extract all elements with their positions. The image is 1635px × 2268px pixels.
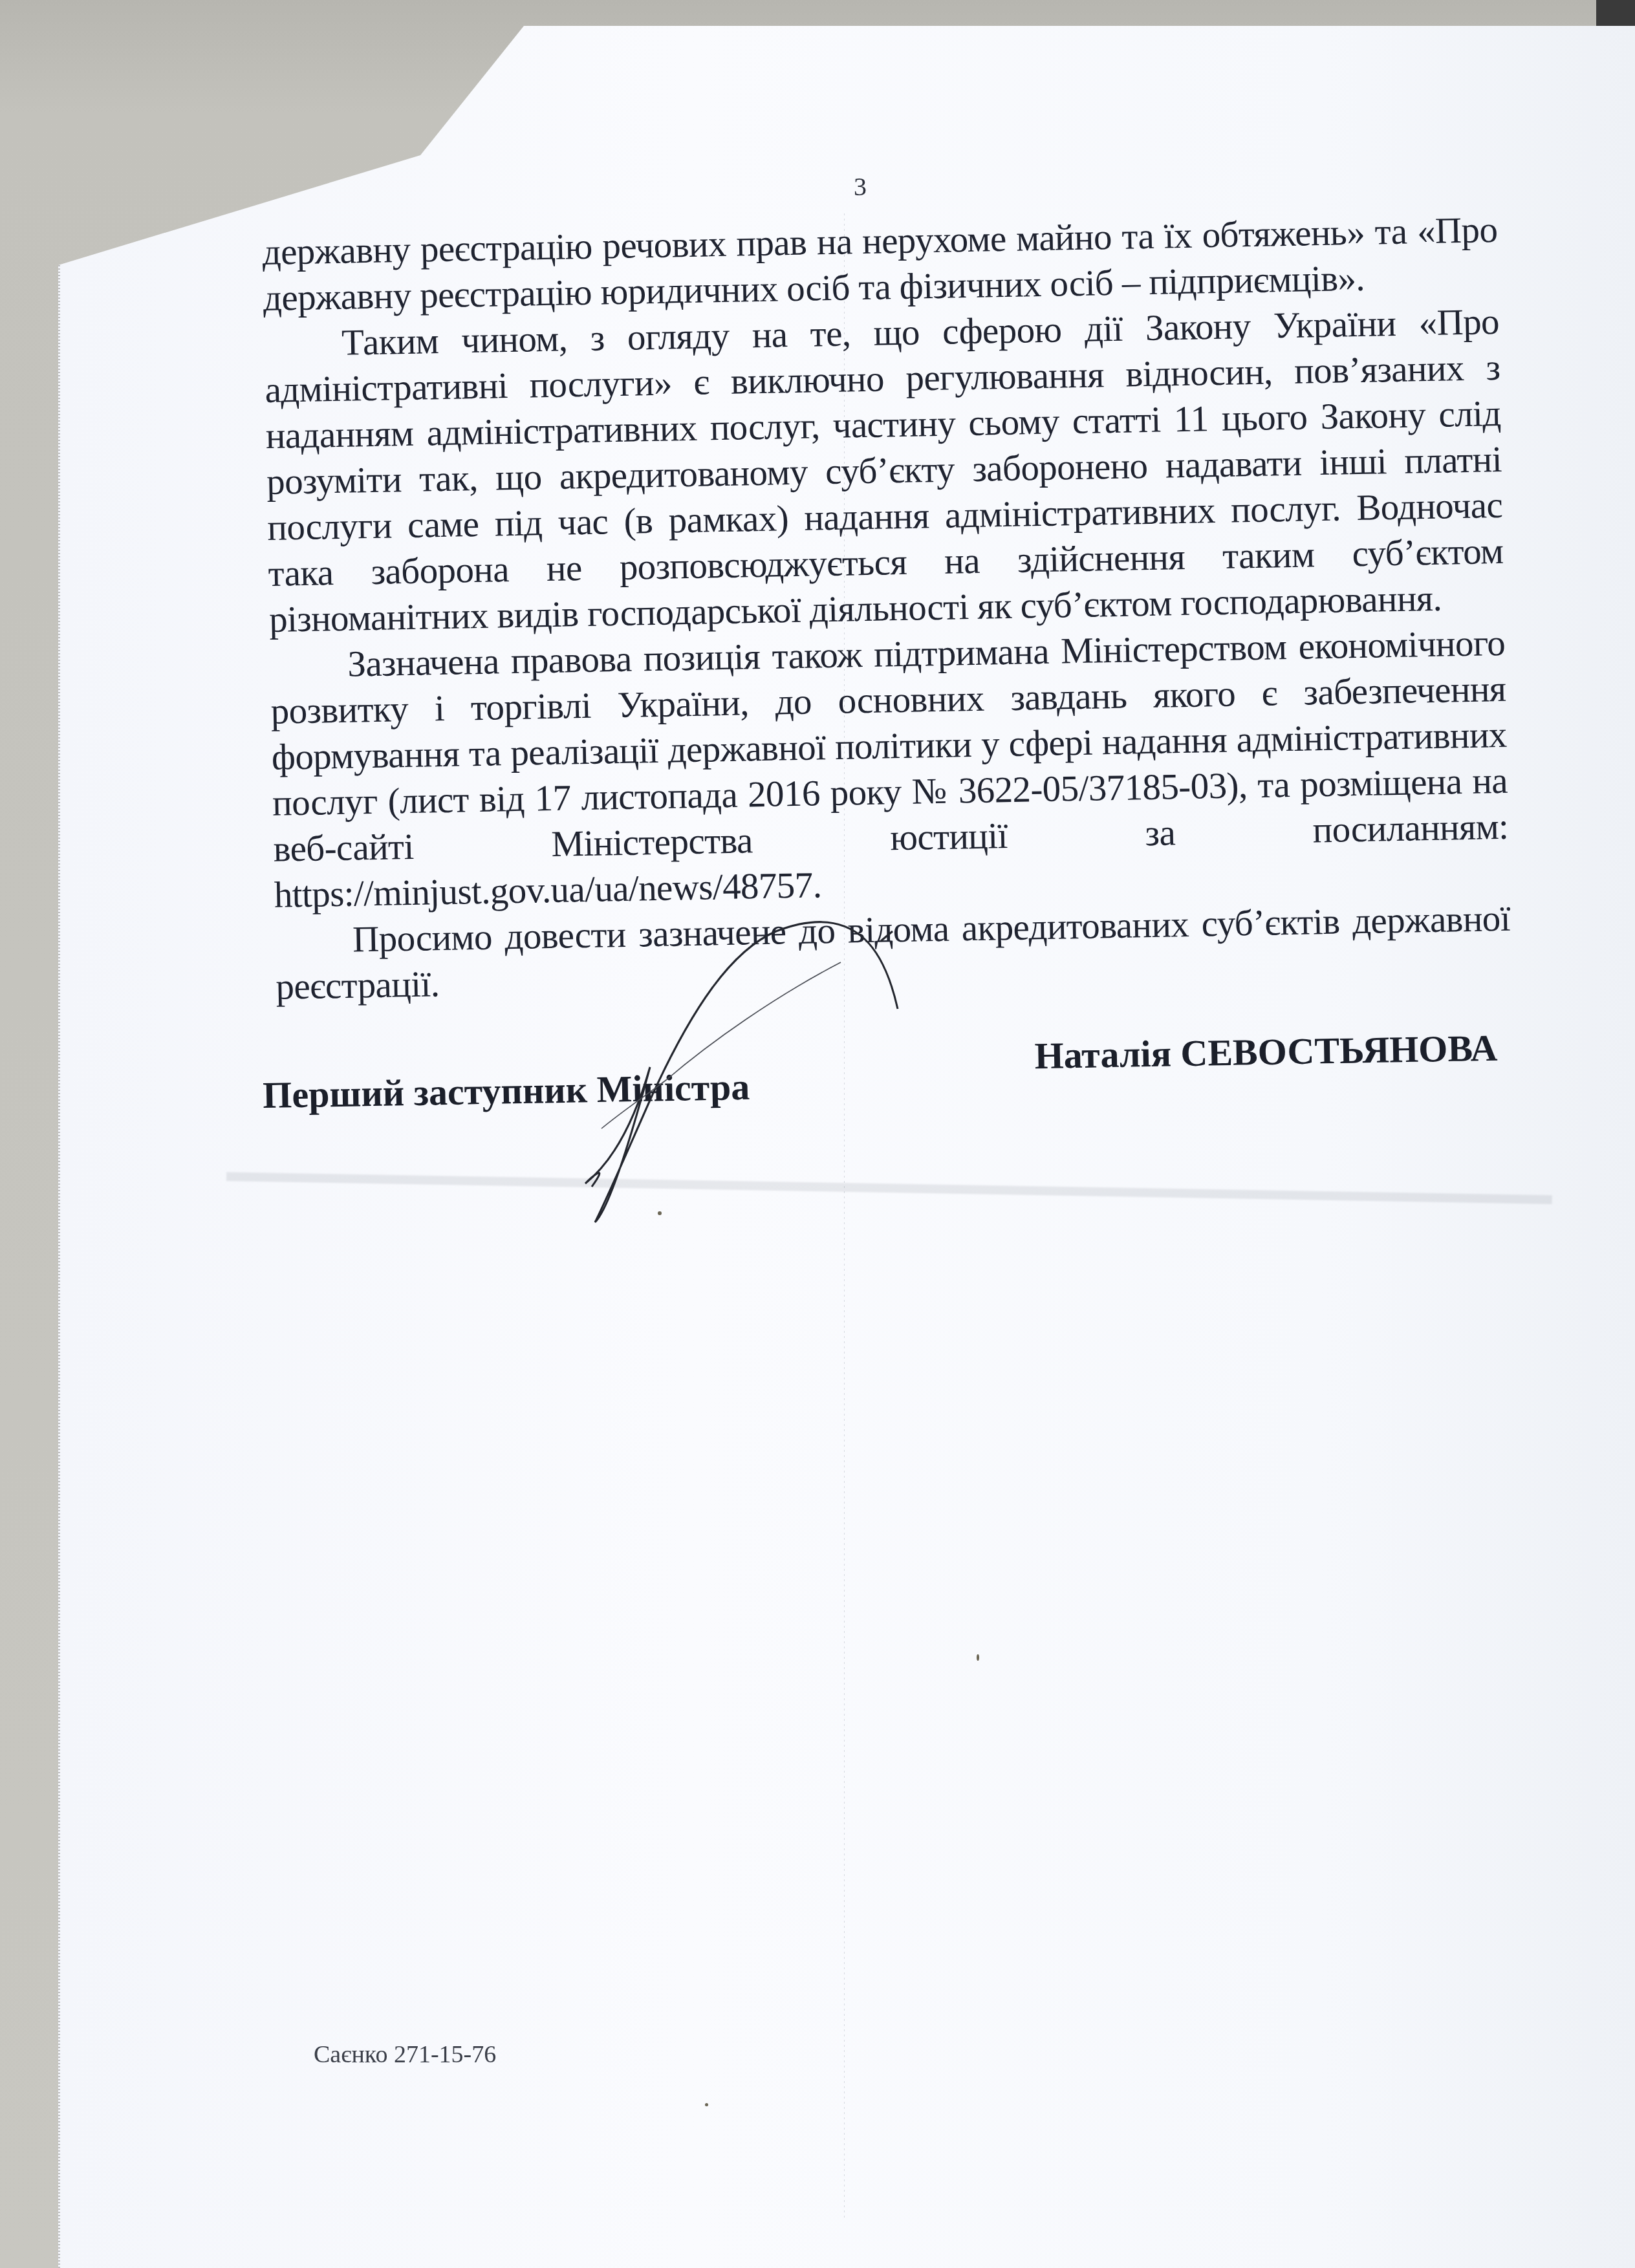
handwritten-signature [582, 905, 1164, 1306]
paragraph-3: Зазначена правова позиція також підтрима… [270, 620, 1510, 918]
paper-edge [58, 265, 60, 2268]
paragraph-2: Таким чином, з огляду на те, що сферою д… [264, 299, 1505, 643]
letter-body: державну реєстрацію речових прав на неру… [262, 207, 1511, 1010]
page-number: 3 [854, 171, 867, 202]
scan-speck [705, 2103, 708, 2106]
executor-contact: Саєнко 271-15-76 [314, 2040, 496, 2069]
scan-speck [977, 1654, 979, 1661]
scan-speck [658, 1211, 662, 1215]
scanner-edge [1596, 0, 1635, 26]
